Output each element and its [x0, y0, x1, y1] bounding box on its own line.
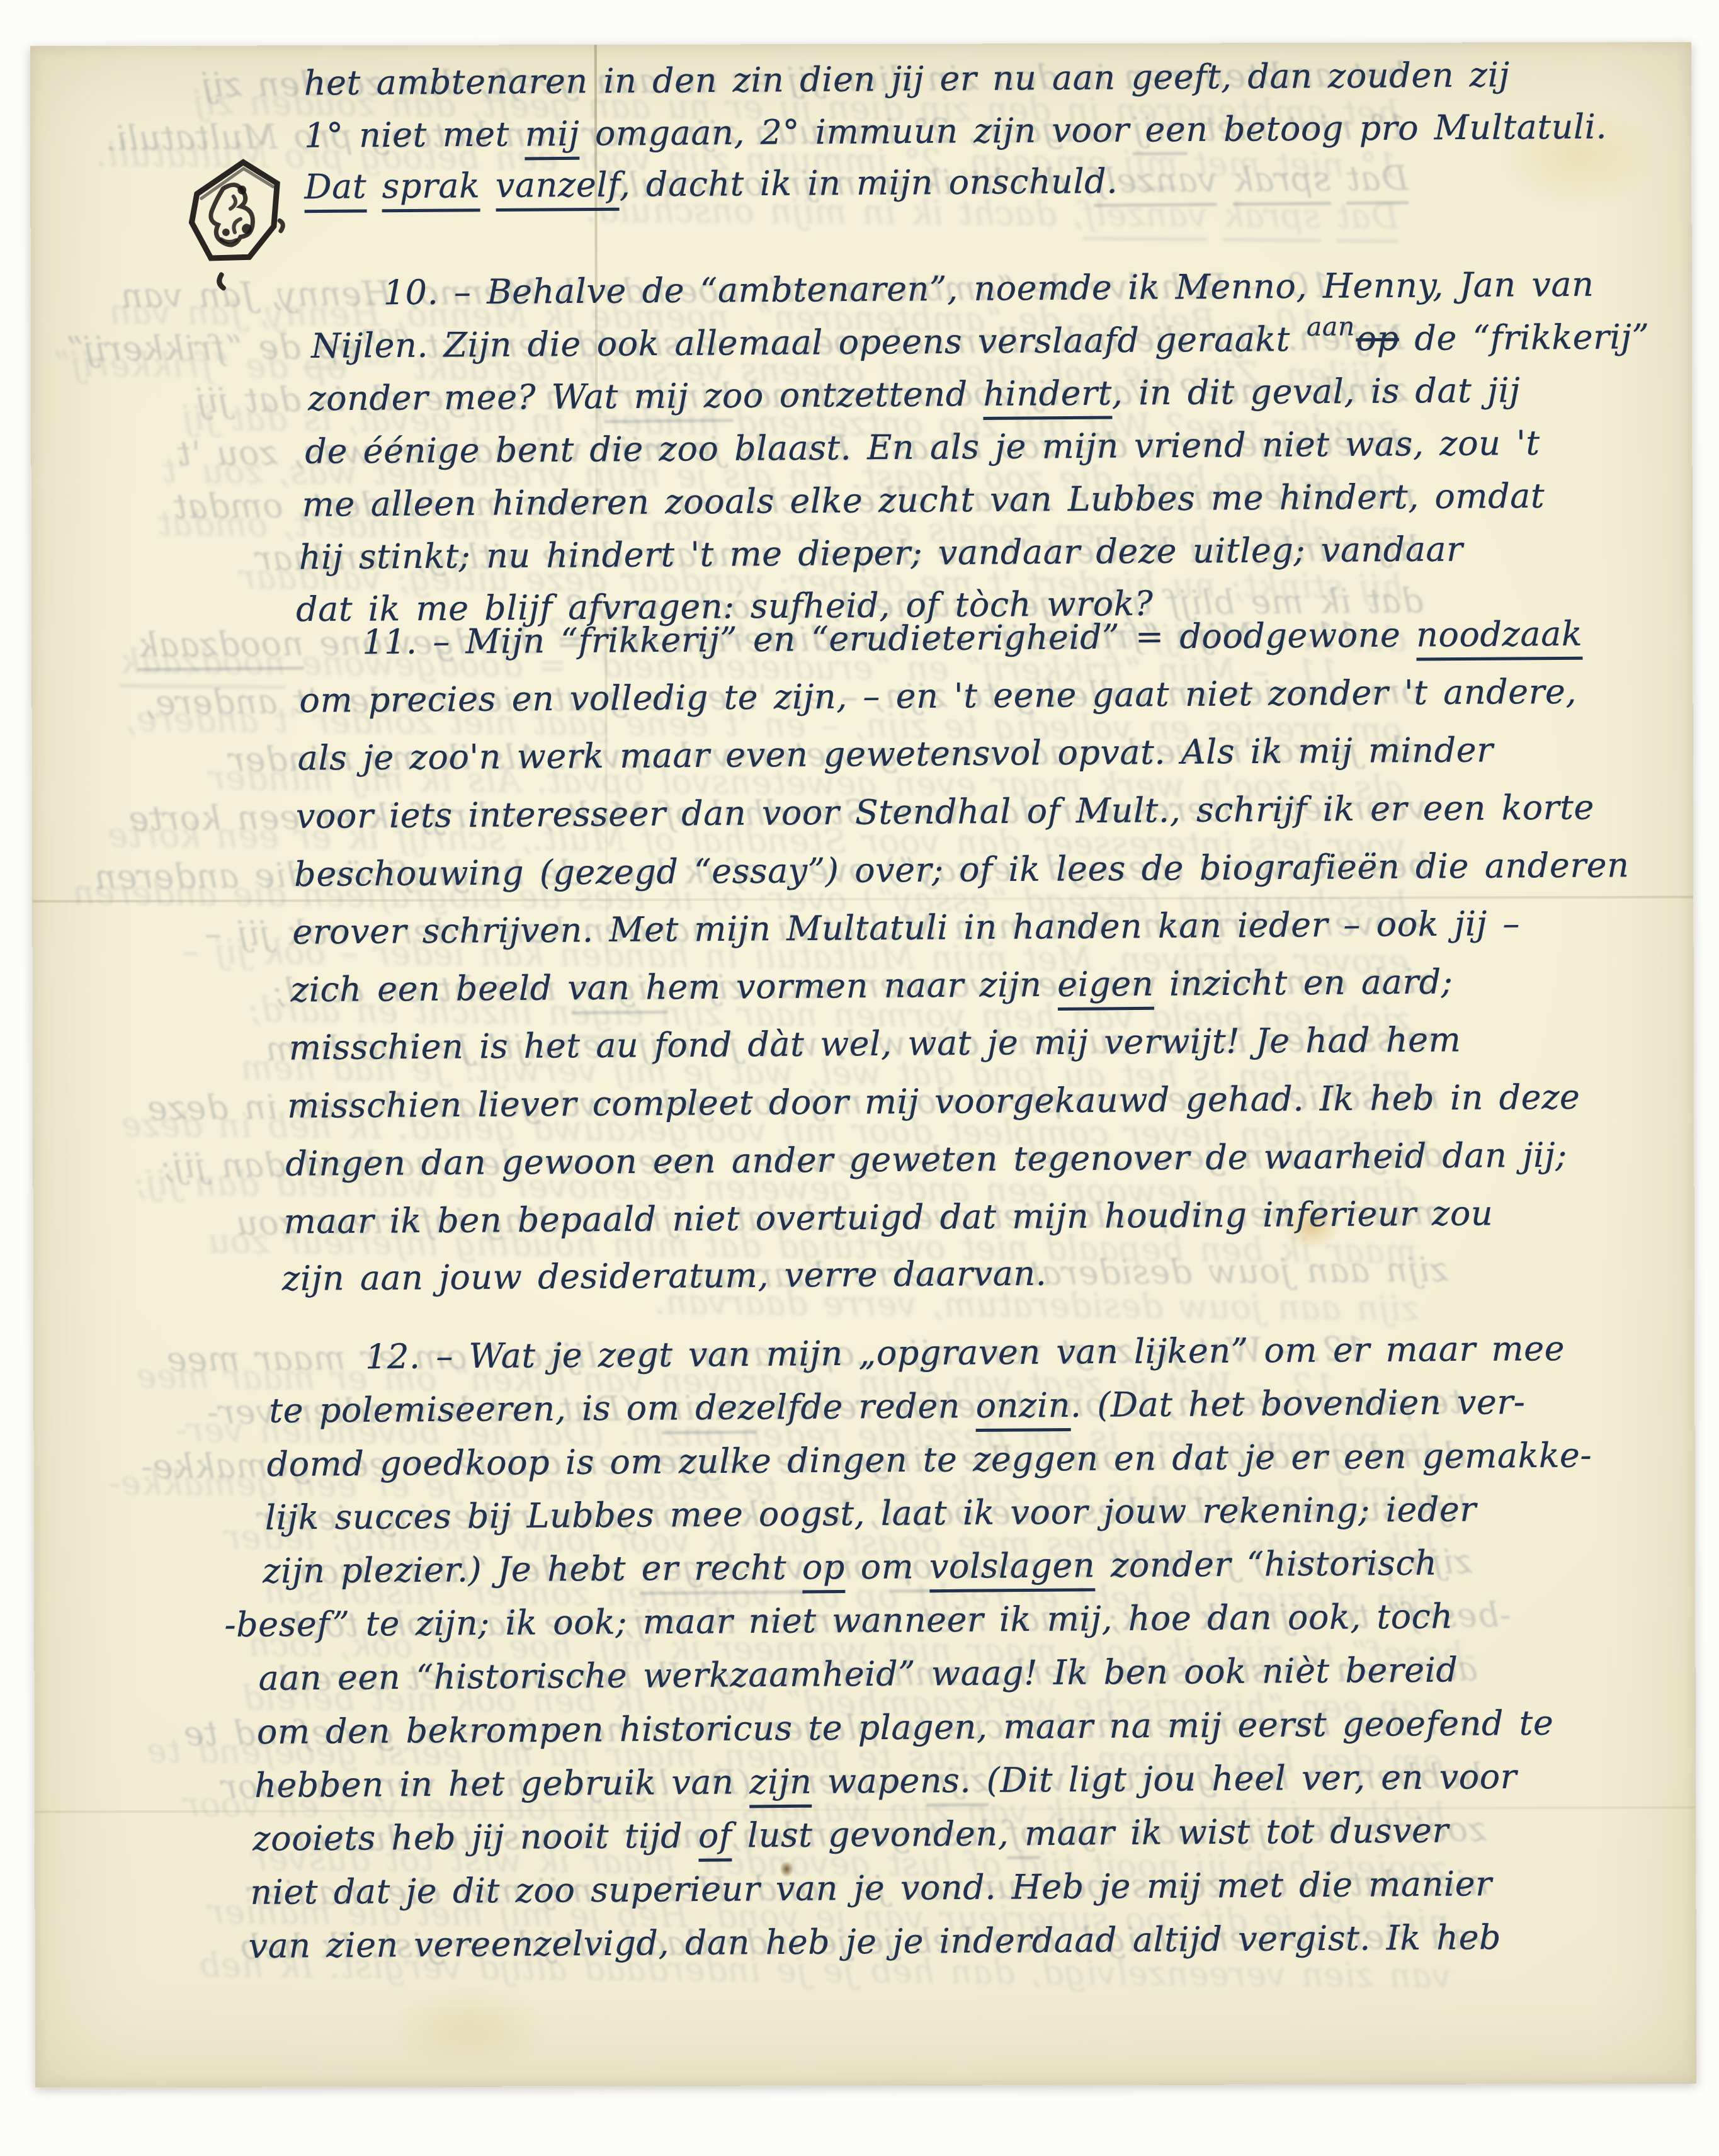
letter-text: 11. – Mijn “frikkerij” en “erudieterighe… [362, 615, 1416, 662]
letter-text: lijk succes bij Lubbes mee oogst, laat i… [264, 1489, 1476, 1537]
letter-line: dingen dan gewoon een ander geweten tege… [285, 1136, 1567, 1184]
letter-line: om den bekrompen historicus te plagen, m… [256, 1704, 1553, 1752]
letter-line: domd goedkoop is om zulke dingen te zegg… [266, 1436, 1592, 1484]
letter-line: zooiets heb jij nooit tijd of lust gevon… [252, 1811, 1449, 1858]
letter-text: maar ik ben bepaald niet overtuigd dat m… [283, 1193, 1493, 1241]
letter-line: het ambtenaren in den zin dien jij er nu… [304, 55, 1510, 103]
underlined-word: of [698, 1815, 732, 1861]
struck-word: op [1356, 319, 1399, 358]
letter-text: zijn aan jouw desideratum, verre daarvan… [282, 1254, 1047, 1298]
letter-line: van zien vereenzelvigd, dan heb je je in… [248, 1918, 1501, 1966]
letter-text: voor iets interesseer dan voor Stendhal … [296, 787, 1594, 836]
inserted-word: aan [1307, 312, 1355, 343]
letter-text: niet dat je dit zoo superieur van je von… [250, 1864, 1492, 1912]
letter-text: om precies en volledig te zijn, – en 't … [299, 672, 1577, 720]
letter-line: misschien liever compleet door mij voorg… [287, 1078, 1580, 1126]
underlined-word: op [802, 1547, 846, 1593]
letter-line: maar ik ben bepaald niet overtuigd dat m… [283, 1194, 1493, 1242]
letter-line: misschien is het au fond dàt wel, wat je… [289, 1020, 1461, 1067]
letter-line: beschouwing (gezegd “essay”) over; of ik… [294, 846, 1630, 894]
letter-body: het ambtenaren in den zin dien jij er nu… [30, 42, 1696, 2088]
letter-line: zonder mee? Wat mij zoo ontzettend hinde… [308, 371, 1521, 419]
letter-line: Nijlen. Zijn die ook allemaal opeens ver… [311, 317, 1650, 366]
letter-text: dingen dan gewoon een ander geweten tege… [285, 1135, 1567, 1184]
letter-line: lijk succes bij Lubbes mee oogst, laat i… [264, 1490, 1476, 1538]
letter-line: zijn aan jouw desideratum, verre daarvan… [282, 1254, 1047, 1299]
underlined-word: volslagen [929, 1545, 1096, 1592]
letter-line: om precies en volledig te zijn, – en 't … [299, 672, 1577, 720]
letter-text: misschien is het au fond dàt wel, wat je… [289, 1019, 1461, 1067]
letter-line: zijn plezier.) Je hebt er recht op om vo… [263, 1544, 1438, 1591]
letter-line: aan een “historische werkzaamheid” waag!… [258, 1650, 1458, 1698]
letter-line: te polemiseeren, is om dezelfde reden on… [269, 1383, 1525, 1431]
letter-line: -besef” te zijn; ik ook; maar niet wanne… [224, 1597, 1453, 1645]
underlined-word: sprak [382, 166, 480, 212]
letter-line: als je zoo'n werk maar even gewetensvol … [298, 730, 1494, 778]
underlined-word: mij [525, 114, 579, 161]
letter-text: . (Dat het bovendien ver- [1070, 1382, 1525, 1425]
letter-text: van zien vereenzelvigd, dan heb je je in… [248, 1917, 1501, 1966]
letter-line: 10. – Behalve de “ambtenaren”, noemde ik… [383, 265, 1594, 313]
letter-text: zooiets heb jij nooit tijd [252, 1816, 698, 1859]
letter-text: wapens. (Dit ligt jou heel ver, en voor [812, 1757, 1517, 1801]
letter-text: 1° niet met [304, 114, 525, 155]
letter-text: te polemiseeren, is om dezelfde reden [269, 1386, 976, 1431]
letter-line: voor iets interesseer dan voor Stendhal … [296, 788, 1594, 836]
letter-text: als je zoo'n werk maar even gewetensvol … [298, 730, 1494, 778]
letter-line: 12. – Wat je zegt van mijn „opgraven van… [365, 1329, 1565, 1376]
letter-line: Dat sprak vanzelf, dacht ik in mijn onsc… [304, 162, 1118, 207]
letter-text: zich een beeld van hem vormen naar zijn [290, 965, 1057, 1009]
letter-text: lust gevonden, maar ik wist tot dusver [732, 1810, 1449, 1855]
underlined-word: zijn [749, 1762, 812, 1808]
letter-text: , dacht ik in mijn onschuld. [619, 161, 1118, 205]
letter-text: de “frikkerij” [1398, 317, 1649, 358]
letter-line: hebben in het gebruik van zijn wapens. (… [254, 1757, 1517, 1805]
letter-text: 12. – Wat je zegt van mijn „opgraven van… [365, 1329, 1565, 1376]
letter-text: inzicht en aard; [1154, 962, 1453, 1004]
letter-text: zonder mee? Wat mij zoo ontzettend [308, 374, 984, 418]
letter-line: erover schrijven. Met mijn Multatuli in … [292, 904, 1520, 952]
letter-text: erover schrijven. Met mijn Multatuli in … [292, 904, 1520, 952]
underlined-word: hindert [983, 373, 1112, 420]
underlined-word: eigen [1057, 964, 1154, 1011]
letter-text [366, 166, 382, 206]
letter-line: zich een beeld van hem vormen naar zijn … [290, 963, 1453, 1010]
letter-text: het ambtenaren in den zin dien jij er nu… [304, 55, 1510, 103]
letter-line: 11. – Mijn “frikkerij” en “erudieterighe… [362, 615, 1582, 662]
letter-text: zijn plezier.) Je hebt er recht [263, 1548, 802, 1591]
letter-text: om den bekrompen historicus te plagen, m… [256, 1703, 1553, 1752]
letter-text: beschouwing (gezegd “essay”) over; of ik… [294, 845, 1630, 894]
letter-text: hebben in het gebruik van [254, 1762, 749, 1805]
letter-text: om [845, 1546, 929, 1587]
letter-text: aan een “historische werkzaamheid” waag!… [258, 1650, 1458, 1698]
letter-line: niet dat je dit zoo superieur van je von… [250, 1864, 1492, 1912]
letter-line: hij stinkt; nu hindert 't me dieper; van… [299, 530, 1463, 577]
letter-text: de éénige bent die zoo blaast. En als je… [305, 423, 1540, 472]
letter-line: 1° niet met mij omgaan, 2° immuun zijn v… [304, 107, 1607, 156]
letter-text: -besef” te zijn; ik ook; maar niet wanne… [224, 1596, 1453, 1645]
letter-text: zonder “historisch [1095, 1543, 1438, 1586]
letter-text [480, 166, 496, 205]
letter-text: 10. – Behalve de “ambtenaren”, noemde ik… [383, 264, 1594, 312]
letter-line: de éénige bent die zoo blaast. En als je… [305, 424, 1540, 472]
underlined-word: vanzelf [496, 165, 620, 212]
scanned-letter-background: het ambtenaren in den zin dien jij er nu… [0, 0, 1719, 2156]
letter-text: domd goedkoop is om zulke dingen te zegg… [266, 1435, 1592, 1484]
letter-text: omgaan, 2° immuun zijn voor een betoog p… [579, 106, 1607, 153]
letter-page: het ambtenaren in den zin dien jij er nu… [30, 42, 1696, 2088]
letter-text: , in dit geval, is dat jij [1111, 370, 1520, 413]
underlined-word: noodzaak [1416, 614, 1582, 661]
letter-text: Nijlen. Zijn die ook allemaal opeens ver… [311, 319, 1306, 366]
underlined-word: onzin [975, 1385, 1070, 1432]
underlined-word: Dat [304, 166, 366, 213]
letter-text: hij stinkt; nu hindert 't me dieper; van… [299, 529, 1463, 577]
letter-line: me alleen hinderen zooals elke zucht van… [302, 477, 1545, 525]
letter-text: misschien liever compleet door mij voorg… [287, 1077, 1580, 1126]
letter-text: me alleen hinderen zooals elke zucht van… [302, 476, 1545, 525]
